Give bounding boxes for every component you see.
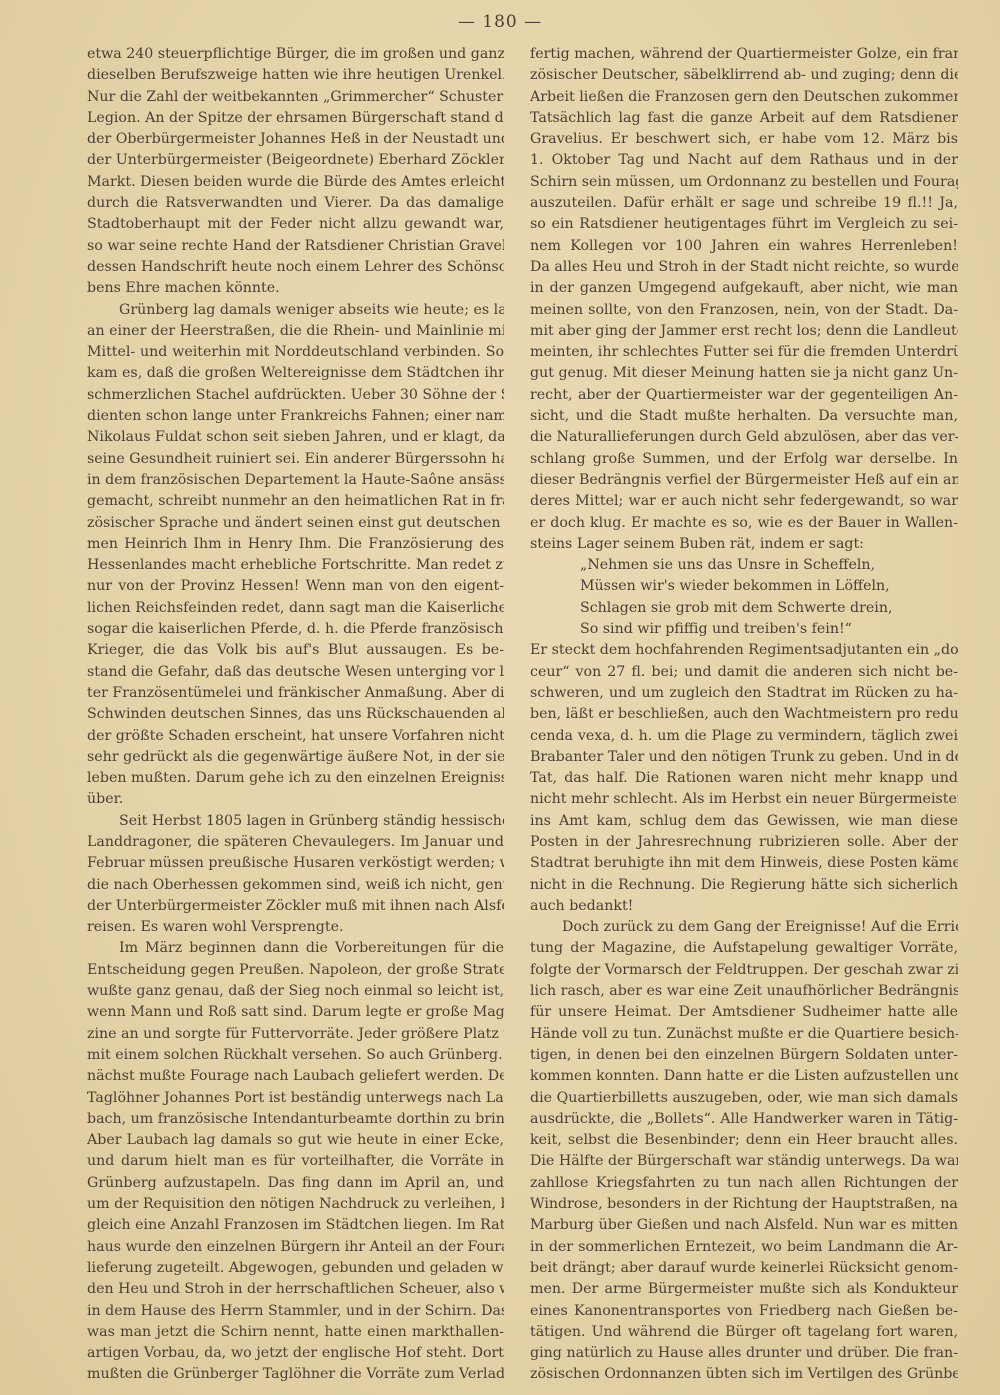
page-number: — 180 —	[0, 12, 1000, 32]
text-line: sogar die kaiserlichen Pferde, d. h. die…	[87, 619, 504, 640]
text-line: Hände voll zu tun. Zunächst mußte er die…	[530, 1024, 958, 1045]
text-line: Februar müssen preußische Husaren verkös…	[87, 853, 504, 874]
text-line: Mittel- und weiterhin mit Norddeutschlan…	[87, 342, 504, 363]
text-line: lich rasch, aber es war eine Zeit unaufh…	[530, 981, 958, 1002]
text-line: gemacht, schreibt nunmehr an den heimatl…	[87, 491, 504, 512]
text-line: men Heinrich Ihm in Henry Ihm. Die Franz…	[87, 534, 504, 555]
text-line: Brabanter Taler und den nötigen Trunk zu…	[530, 747, 958, 768]
text-line: in dem französischen Departement la Haut…	[87, 470, 504, 491]
text-line: ging natürlich zu Hause alles drunter un…	[530, 1343, 958, 1364]
text-line: kommen konnten. Dann hatte er die Listen…	[530, 1066, 958, 1087]
text-line: Tat, das half. Die Rationen waren nicht …	[530, 768, 958, 789]
text-column-right: fertig machen, während der Quartiermeist…	[530, 44, 958, 1386]
text-line: etwa 240 steuerpflichtige Bürger, die im…	[87, 44, 504, 65]
text-line: ben, läßt er beschließen, auch den Wacht…	[530, 704, 958, 725]
text-line: bach, um französische Intendanturbeamte …	[87, 1109, 504, 1130]
text-line: haus wurde den einzelnen Bürgern ihr Ant…	[87, 1237, 504, 1258]
text-line: reisen. Es waren wohl Versprengte.	[87, 917, 504, 938]
text-line: Er steckt dem hochfahrenden Regimentsadj…	[530, 640, 958, 661]
text-line: Stadtrat beruhigte ihn mit dem Hinweis, …	[530, 853, 958, 874]
text-line: artigen Vorbau, da, wo jetzt der englisc…	[87, 1343, 504, 1364]
text-line: Grünberg lag damals weniger abseits wie …	[87, 300, 504, 321]
text-line: Die Hälfte der Bürgerschaft war ständig …	[530, 1151, 958, 1172]
text-line: nem Kollegen vor 100 Jahren ein wahres H…	[530, 236, 958, 257]
text-line: um der Requisition den nötigen Nachdruck…	[87, 1194, 504, 1215]
text-line: für unsere Heimat. Der Amtsdiener Sudhei…	[530, 1002, 958, 1023]
text-line: meinten, ihr schlechtes Futter sei für d…	[530, 342, 958, 363]
text-line: ter Französentümelei und fränkischer Anm…	[87, 683, 504, 704]
text-line: mit einem solchen Rückhalt versehen. So …	[87, 1045, 504, 1066]
text-line: Gravelius. Er beschwert sich, er habe vo…	[530, 129, 958, 150]
text-line: zösischen Ordonnanzen übten sich im Vert…	[530, 1364, 958, 1385]
text-line: die Naturallieferungen durch Geld abzulö…	[530, 427, 958, 448]
text-line: wenn Mann und Roß satt sind. Darum legte…	[87, 1002, 504, 1023]
verse-line: Müssen wir's wieder bekommen in Löffeln,	[530, 576, 958, 597]
text-line: zahllose Kriegsfahrten zu tun nach allen…	[530, 1173, 958, 1194]
text-line: in dem Hause des Herrn Stammler, und in …	[87, 1301, 504, 1322]
text-line: eines Kanonentransportes von Friedberg n…	[530, 1301, 958, 1322]
text-column-left: etwa 240 steuerpflichtige Bürger, die im…	[87, 44, 504, 1386]
text-line: Tatsächlich lag fast die ganze Arbeit au…	[530, 108, 958, 129]
text-line: meinen sollte, von den Franzosen, nein, …	[530, 300, 958, 321]
text-line: Landdragoner, die späteren Chevaulegers.…	[87, 832, 504, 853]
text-line: dieser Bedrängnis verfiel der Bürgermeis…	[530, 470, 958, 491]
text-line: recht, aber der Quartiermeister war der …	[530, 385, 958, 406]
text-line: auszuteilen. Dafür erhält er sage und sc…	[530, 193, 958, 214]
text-line: stand die Gefahr, daß das deutsche Wesen…	[87, 662, 504, 683]
text-line: der größte Schaden erscheint, hat unsere…	[87, 726, 504, 747]
text-line: zösischer Deutscher, säbelklirrend ab- u…	[530, 65, 958, 86]
text-line: Schwinden deutschen Sinnes, das uns Rück…	[87, 704, 504, 725]
text-line: was man jetzt die Schirn nennt, hatte ei…	[87, 1322, 504, 1343]
text-line: Markt. Diesen beiden wurde die Bürde des…	[87, 172, 504, 193]
text-line: tigen, in denen bei den einzelnen Bürger…	[530, 1045, 958, 1066]
text-line: er doch klug. Er machte es so, wie es de…	[530, 513, 958, 534]
text-line: zine an und sorgte für Futtervorräte. Je…	[87, 1024, 504, 1045]
text-line: der Unterbürgermeister Zöckler muß mit i…	[87, 896, 504, 917]
text-line: Posten in der Jahresrechnung rubrizieren…	[530, 832, 958, 853]
text-line: ins Amt kam, schlug dem das Gewissen, wi…	[530, 811, 958, 832]
text-line: schweren, und um zugleich den Stadtrat i…	[530, 683, 958, 704]
text-line: keit, selbst die Besenbinder; denn ein H…	[530, 1130, 958, 1151]
text-line: Entscheidung gegen Preußen. Napoleon, de…	[87, 960, 504, 981]
text-line: men. Der arme Bürgermeister mußte sich a…	[530, 1279, 958, 1300]
text-line: ausdrückte, die „Bollets“. Alle Handwerk…	[530, 1109, 958, 1130]
text-line: seine Gesundheit ruiniert sei. Ein ander…	[87, 449, 504, 470]
text-line: Krieger, die das Volk bis auf's Blut aus…	[87, 640, 504, 661]
text-line: auch bedankt!	[530, 896, 958, 917]
text-line: dienten schon lange unter Frankreichs Fa…	[87, 406, 504, 427]
text-line: schlang große Summen, und der Erfolg war…	[530, 449, 958, 470]
text-line: Legion. An der Spitze der ehrsamen Bürge…	[87, 108, 504, 129]
text-line: leben mußten. Darum gehe ich zu den einz…	[87, 768, 504, 789]
text-line: steins Lager seinem Buben rät, indem er …	[530, 534, 958, 555]
text-line: sehr gedrückt als die gegenwärtige äußer…	[87, 747, 504, 768]
text-line: fertig machen, während der Quartiermeist…	[530, 44, 958, 65]
text-line: an einer der Heerstraßen, die die Rhein-…	[87, 321, 504, 342]
text-line: Doch zurück zu dem Gang der Ereignisse! …	[530, 917, 958, 938]
text-line: deres Mittel; war er auch nicht sehr fed…	[530, 491, 958, 512]
text-line: Aber Laubach lag damals so gut wie heute…	[87, 1130, 504, 1151]
text-line: lichen Reichsfeinden redet, dann sagt ma…	[87, 598, 504, 619]
text-line: 1. Oktober Tag und Nacht auf dem Rathaus…	[530, 150, 958, 171]
text-line: gleich eine Anzahl Franzosen im Städtche…	[87, 1215, 504, 1236]
text-line: Stadtoberhaupt mit der Feder nicht allzu…	[87, 214, 504, 235]
text-line: nicht mehr schlecht. Als im Herbst ein n…	[530, 789, 958, 810]
text-line: sicht, und die Stadt mußte herhalten. Da…	[530, 406, 958, 427]
text-line: der Oberbürgermeister Johannes Heß in de…	[87, 129, 504, 150]
text-line: die nach Oberhessen gekommen sind, weiß …	[87, 875, 504, 896]
text-line: kam es, daß die großen Weltereignisse de…	[87, 363, 504, 384]
text-line: Grünberg aufzustapeln. Das fing dann im …	[87, 1173, 504, 1194]
text-line: lieferung zugeteilt. Abgewogen, gebunden…	[87, 1258, 504, 1279]
text-line: Hessenlandes macht erhebliche Fortschrit…	[87, 555, 504, 576]
text-line: die Quartierbilletts auszugeben, oder, w…	[530, 1088, 958, 1109]
text-line: beit drängt; aber darauf wurde keinerlei…	[530, 1258, 958, 1279]
verse-line: Schlagen sie grob mit dem Schwerte drein…	[530, 598, 958, 619]
text-line: zösischer Sprache und ändert seinen eins…	[87, 513, 504, 534]
text-line: Im März beginnen dann die Vorbereitungen…	[87, 938, 504, 959]
text-line: bens Ehre machen könnte.	[87, 278, 504, 299]
text-line: Windrose, besonders in der Richtung der …	[530, 1194, 958, 1215]
text-line: tung der Magazine, die Aufstapelung gewa…	[530, 938, 958, 959]
text-line: nächst mußte Fourage nach Laubach gelief…	[87, 1066, 504, 1087]
text-line: Nur die Zahl der weitbekannten „Grimmerc…	[87, 87, 504, 108]
text-line: Seit Herbst 1805 lagen in Grünberg ständ…	[87, 811, 504, 832]
text-line: schmerzlichen Stachel aufdrückten. Ueber…	[87, 385, 504, 406]
text-line: so ein Ratsdiener heutigentages führt im…	[530, 214, 958, 235]
text-line: und darum hielt man es für vorteilhafter…	[87, 1151, 504, 1172]
text-line: mit aber ging der Jammer erst recht los;…	[530, 321, 958, 342]
text-line: der Unterbürgermeister (Beigeordnete) Eb…	[87, 150, 504, 171]
text-line: in der sommerlichen Erntezeit, wo beim L…	[530, 1237, 958, 1258]
text-line: dessen Handschrift heute noch einem Lehr…	[87, 257, 504, 278]
text-line: über.	[87, 789, 504, 810]
text-line: gut genug. Mit dieser Meinung hatten sie…	[530, 363, 958, 384]
text-line: Taglöhner Johannes Port ist beständig un…	[87, 1088, 504, 1109]
verse-line: „Nehmen sie uns das Unsre in Scheffeln,	[530, 555, 958, 576]
text-line: durch die Ratsverwandten und Vierer. Da …	[87, 193, 504, 214]
text-line: nur von der Provinz Hessen! Wenn man von…	[87, 576, 504, 597]
text-line: den Heu und Stroh in der herrschaftliche…	[87, 1279, 504, 1300]
text-line: Nikolaus Fuldat schon seit sieben Jahren…	[87, 427, 504, 448]
text-line: tätigen. Und während die Bürger oft tage…	[530, 1322, 958, 1343]
text-line: dieselben Berufszweige hatten wie ihre h…	[87, 65, 504, 86]
text-line: Marburg über Gießen und nach Alsfeld. Nu…	[530, 1215, 958, 1236]
text-line: folgte der Vormarsch der Feldtruppen. De…	[530, 960, 958, 981]
text-line: cenda vexa, d. h. um die Plage zu vermin…	[530, 726, 958, 747]
text-line: Da alles Heu und Stroh in der Stadt nich…	[530, 257, 958, 278]
text-line: in der ganzen Umgegend aufgekauft, aber …	[530, 278, 958, 299]
text-line: nicht in die Rechnung. Die Regierung hät…	[530, 875, 958, 896]
text-line: ceur“ von 27 fl. bei; und damit die ande…	[530, 662, 958, 683]
verse-line: So sind wir pfiffig und treiben's fein!“	[530, 619, 958, 640]
text-line: Arbeit ließen die Franzosen gern den Deu…	[530, 87, 958, 108]
text-line: mußten die Grünberger Taglöhner die Vorr…	[87, 1364, 504, 1385]
text-line: so war seine rechte Hand der Ratsdiener …	[87, 236, 504, 257]
text-line: wußte ganz genau, daß der Sieg noch einm…	[87, 981, 504, 1002]
text-line: Schirn sein müssen, um Ordonnanz zu best…	[530, 172, 958, 193]
